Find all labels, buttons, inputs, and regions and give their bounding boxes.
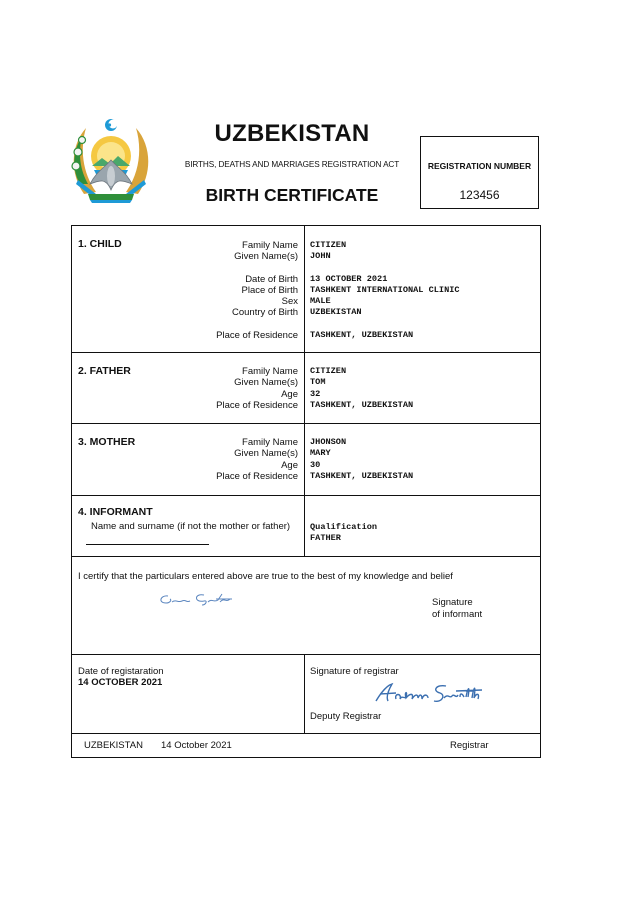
label-sex: Sex — [216, 296, 298, 307]
mother-age: 30 — [310, 460, 413, 471]
label-family-name: Family Name — [216, 240, 298, 251]
footer-date: 14 October 2021 — [161, 740, 232, 752]
registration-date-label: Date of registaration — [78, 666, 164, 678]
mother-given-names: MARY — [310, 448, 413, 459]
child-section-title: 1. CHILD — [78, 238, 122, 250]
father-section-title: 2. FATHER — [78, 365, 131, 377]
column-divider — [304, 353, 305, 423]
label-age: Age — [216, 460, 298, 471]
signature-of-informant-label: Signature of informant — [432, 597, 482, 620]
column-divider — [304, 226, 305, 352]
label-given-names: Given Name(s) — [216, 448, 298, 459]
informant-signature — [156, 591, 236, 614]
label-given-names: Given Name(s) — [216, 377, 298, 388]
mother-labels: Family Name Given Name(s) Age Place of R… — [216, 437, 298, 482]
informant-name-label: Name and surname (if not the mother or f… — [91, 521, 290, 533]
label-place-of-birth: Place of Birth — [216, 285, 298, 296]
certification-statement: I certify that the particulars entered a… — [78, 571, 453, 583]
child-date-of-birth: 13 OCTOBER 2021 — [310, 274, 460, 285]
label-country-of-birth: Country of Birth — [216, 307, 298, 318]
mother-place-of-residence: TASHKENT, UZBEKISTAN — [310, 471, 413, 482]
registration-number-value: 123456 — [421, 188, 538, 202]
child-place-of-residence: TASHKENT, UZBEKISTAN — [310, 330, 460, 341]
child-family-name: CITIZEN — [310, 240, 460, 251]
mother-section: 3. MOTHER Family Name Given Name(s) Age … — [72, 424, 540, 496]
label-given-names: Given Name(s) — [216, 251, 298, 262]
child-place-of-birth: TASHKENT INTERNATIONAL CLINIC — [310, 285, 460, 296]
mother-values: JHONSON MARY 30 TASHKENT, UZBEKISTAN — [310, 437, 413, 482]
label-date-of-birth: Date of Birth — [216, 274, 298, 285]
father-place-of-residence: TASHKENT, UZBEKISTAN — [310, 400, 413, 411]
registrar-signature — [372, 681, 484, 710]
registrar-title: Deputy Registrar — [310, 711, 381, 723]
informant-values: Qualification FATHER — [310, 522, 377, 545]
label-family-name: Family Name — [216, 437, 298, 448]
mother-family-name: JHONSON — [310, 437, 413, 448]
signature-label-line1: Signature — [432, 597, 482, 609]
informant-section-title: 4. INFORMANT — [78, 506, 153, 518]
informant-qualification: FATHER — [310, 533, 377, 544]
father-section: 2. FATHER Family Name Given Name(s) Age … — [72, 353, 540, 424]
label-family-name: Family Name — [216, 366, 298, 377]
child-labels: Family Name Given Name(s) Date of Birth … — [216, 240, 298, 341]
label-place-of-residence: Place of Residence — [216, 330, 298, 341]
child-section: 1. CHILD Family Name Given Name(s) Date … — [72, 226, 540, 353]
child-values: CITIZEN JOHN 13 OCTOBER 2021 TASHKENT IN… — [310, 240, 460, 341]
label-place-of-residence: Place of Residence — [216, 471, 298, 482]
certification-section: I certify that the particulars entered a… — [72, 557, 540, 655]
child-given-names: JOHN — [310, 251, 460, 262]
column-divider — [304, 655, 305, 733]
child-sex: MALE — [310, 296, 460, 307]
father-family-name: CITIZEN — [310, 366, 413, 377]
footer-country: UZBEKISTAN — [84, 740, 143, 752]
document-title: BIRTH CERTIFICATE — [160, 185, 424, 206]
father-values: CITIZEN TOM 32 TASHKENT, UZBEKISTAN — [310, 366, 413, 411]
registration-date: 14 OCTOBER 2021 — [78, 677, 162, 689]
informant-name-line — [86, 544, 209, 545]
registration-section: Date of registaration 14 OCTOBER 2021 Si… — [72, 655, 540, 734]
mother-section-title: 3. MOTHER — [78, 436, 135, 448]
registrar-signature-label: Signature of registrar — [310, 666, 399, 678]
country-title: UZBEKISTAN — [160, 120, 424, 148]
column-divider — [304, 424, 305, 495]
father-given-names: TOM — [310, 377, 413, 388]
registration-number-label: REGISTRATION NUMBER — [421, 161, 538, 171]
act-subtitle: BIRTHS, DEATHS AND MARRIAGES REGISTRATIO… — [160, 160, 424, 169]
informant-section: 4. INFORMANT Name and surname (if not th… — [72, 496, 540, 557]
qualification-label: Qualification — [310, 522, 377, 533]
uzbekistan-emblem-icon — [66, 114, 156, 206]
child-country-of-birth: UZBEKISTAN — [310, 307, 460, 318]
father-labels: Family Name Given Name(s) Age Place of R… — [216, 366, 298, 411]
registration-number-box: REGISTRATION NUMBER 123456 — [420, 136, 539, 209]
label-place-of-residence: Place of Residence — [216, 400, 298, 411]
signature-label-line2: of informant — [432, 609, 482, 621]
footer-role: Registrar — [450, 740, 489, 752]
column-divider — [304, 496, 305, 556]
certificate-form: 1. CHILD Family Name Given Name(s) Date … — [71, 225, 541, 758]
label-age: Age — [216, 389, 298, 400]
father-age: 32 — [310, 389, 413, 400]
